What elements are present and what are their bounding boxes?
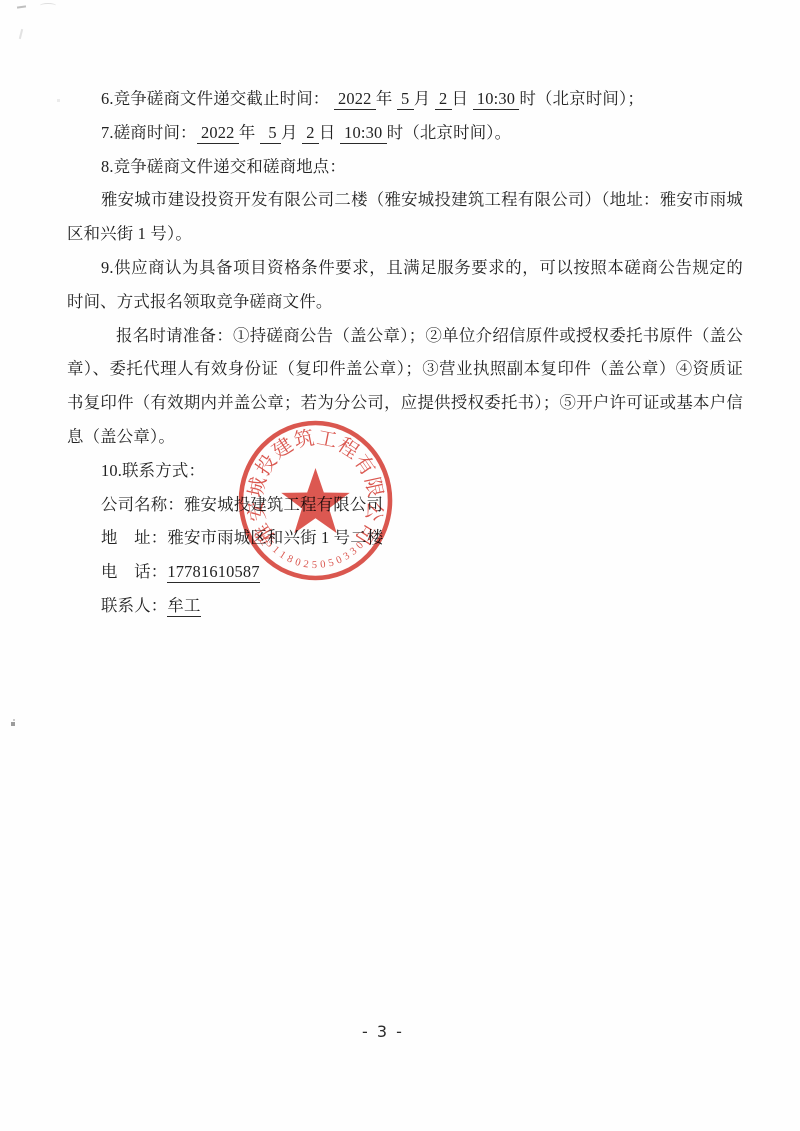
- item-7-negotiation-time: 7.磋商时间： 2022 年 5 月 2 日 10:30 时（北京时间）。: [67, 116, 743, 150]
- item-6-submission-deadline-text: 年: [376, 89, 397, 108]
- scan-artifact: [13, 719, 15, 721]
- scanned-document-page: 6.竞争磋商文件递交截止时间： 2022 年 5 月 2 日 10:30 时（北…: [0, 0, 800, 1131]
- item-6-submission-deadline-text: 月: [414, 89, 435, 108]
- svg-text:0: 0: [335, 555, 344, 567]
- item-10-contact-heading-text: 10.联系方式：: [101, 461, 205, 480]
- item-10-contact-heading: 10.联系方式：: [67, 454, 743, 488]
- scan-artifact: [57, 99, 60, 102]
- contact-person-text: 牟工: [167, 596, 200, 617]
- svg-text:筑: 筑: [292, 426, 316, 452]
- svg-text:0: 0: [320, 559, 327, 571]
- item-7-negotiation-time-text: 年: [239, 123, 260, 142]
- svg-text:安: 安: [244, 499, 270, 523]
- page-number: - 3 -: [338, 1022, 428, 1041]
- contact-address: 地 址：雅安市雨城区和兴街 1 号二楼: [67, 521, 743, 555]
- item-7-negotiation-time-text: 2: [302, 123, 319, 144]
- item-7-negotiation-time-text: 5: [260, 123, 281, 144]
- document-body: 6.竞争磋商文件递交截止时间： 2022 年 5 月 2 日 10:30 时（北…: [67, 82, 743, 623]
- scan-artifact: [17, 5, 26, 8]
- signup-materials-paragraph-text: 报名时请准备：①持磋商公告（盖公章）；②单位介绍信原件或授权委托书原件（盖公章）…: [67, 326, 743, 446]
- svg-text:限: 限: [360, 475, 387, 499]
- item-6-submission-deadline-text: 2022: [334, 89, 376, 110]
- item-6-submission-deadline-text: 6.竞争磋商文件递交截止时间：: [101, 89, 334, 108]
- item-7-negotiation-time-text: 2022: [197, 123, 239, 144]
- item-8-location-heading: 8.竞争磋商文件递交和磋商地点：: [67, 150, 743, 184]
- contact-company-name: 公司名称：雅安城投建筑工程有限公司: [67, 488, 743, 522]
- item-6-submission-deadline-text: 2: [435, 89, 452, 110]
- item-9-supplier-registration-text: 9.供应商认为具备项目资格条件要求，且满足服务要求的，可以按照本磋商公告规定的时…: [67, 258, 743, 311]
- item-6-submission-deadline-text: 10:30: [473, 89, 520, 110]
- contact-person-text: 联系人：: [101, 596, 167, 615]
- svg-text:公: 公: [361, 499, 386, 522]
- item-7-negotiation-time-text: 10:30: [340, 123, 387, 144]
- contact-phone-text: 电 话：: [101, 562, 167, 581]
- location-paragraph: 雅安城市建设投资开发有限公司二楼（雅安城投建筑工程有限公司）（地址：雅安市雨城区…: [67, 183, 743, 251]
- contact-person: 联系人：牟工: [67, 589, 743, 623]
- scan-artifact: [40, 3, 56, 8]
- svg-text:0: 0: [294, 557, 302, 569]
- item-9-supplier-registration: 9.供应商认为具备项目资格条件要求，且满足服务要求的，可以按照本磋商公告规定的时…: [67, 251, 743, 319]
- scan-artifact: [19, 29, 23, 39]
- item-6-submission-deadline-text: 日: [452, 89, 473, 108]
- item-7-negotiation-time-text: 日: [319, 123, 340, 142]
- seal-star-icon: [281, 468, 349, 533]
- item-6-submission-deadline: 6.竞争磋商文件递交截止时间： 2022 年 5 月 2 日 10:30 时（北…: [67, 82, 743, 116]
- item-6-submission-deadline-text: 5: [397, 89, 414, 110]
- item-6-submission-deadline-text: 时（北京时间）；: [519, 89, 644, 108]
- item-7-negotiation-time-text: 时（北京时间）。: [387, 123, 512, 142]
- contact-phone: 电 话：17781610587: [67, 555, 743, 589]
- item-8-location-heading-text: 8.竞争磋商文件递交和磋商地点：: [101, 157, 346, 176]
- company-seal-stamp: 雅安城投建筑工程有限公司 5118025050330: [236, 418, 396, 585]
- svg-text:2: 2: [303, 559, 310, 571]
- scan-artifact: [11, 722, 15, 726]
- svg-text:8: 8: [285, 554, 294, 566]
- svg-text:5: 5: [312, 560, 317, 571]
- signup-materials-paragraph: 报名时请准备：①持磋商公告（盖公章）；②单位介绍信原件或授权委托书原件（盖公章）…: [67, 319, 743, 454]
- item-7-negotiation-time-text: 7.磋商时间：: [101, 123, 197, 142]
- location-paragraph-text: 雅安城市建设投资开发有限公司二楼（雅安城投建筑工程有限公司）（地址：雅安市雨城区…: [67, 190, 743, 243]
- svg-text:5: 5: [327, 557, 335, 569]
- item-7-negotiation-time-text: 月: [281, 123, 302, 142]
